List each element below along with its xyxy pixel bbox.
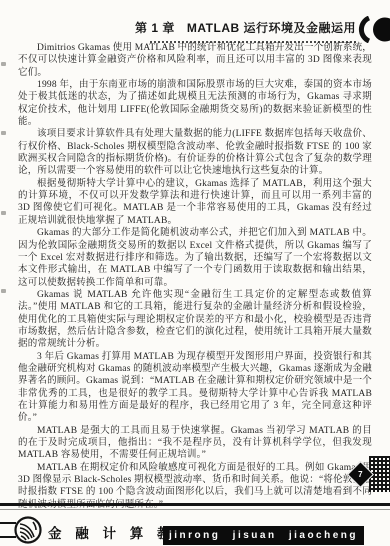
scan-artifact — [1, 131, 6, 135]
series-pinyin: jinrong jisuan jiaocheng — [163, 526, 364, 545]
scan-artifact — [1, 62, 6, 66]
footer-rule-thick — [0, 503, 390, 506]
paragraph-5: Gkamas 的大部分工作是简化随机波动率公式，并把它们加入到 MATLAB 中… — [18, 227, 372, 289]
series-logo-icon — [0, 514, 46, 546]
chapter-name: MATLAB 运行环境及金融运用 — [187, 21, 356, 35]
body-text: Dimitrios Gkamas 使用 MATLAB 中的统计和优化工具箱开发出… — [18, 42, 372, 511]
footer-rule-thin — [0, 509, 390, 510]
paragraph-4: 根据曼彻斯特大学计算中心的建议，Gkamas 选择了 MATLAB，利用这个强大… — [18, 178, 372, 227]
chapter-header: 第 1 章MATLAB 运行环境及金融运用 — [135, 19, 356, 43]
page-number: 7 — [358, 470, 362, 479]
scan-artifact — [1, 289, 6, 293]
paragraph-1: Dimitrios Gkamas 使用 MATLAB 中的统计和优化工具箱开发出… — [18, 42, 372, 79]
book-page: 第 1 章MATLAB 运行环境及金融运用 Dimitrios Gkamas 使… — [0, 0, 390, 546]
paragraph-6: Gkamas 说 MATLAB 允许他实现“金融衍生工具定价的定解型态或数值算法… — [18, 289, 372, 351]
scan-artifact — [1, 211, 6, 215]
paragraph-7: 3 年后 Gkamas 打算用 MATLAB 为现存模型开发图形用户界面，投资银… — [18, 351, 372, 425]
page-number-marker: 7 — [348, 456, 390, 492]
paragraph-8: MATLAB 是强大的工具而且易于快速掌握。Gkamas 当初学习 MATLAB… — [18, 425, 372, 462]
paragraph-3: 该项目要求计算软件具有处理大量数据的能力(LIFFE 数据库包括每天收盘价、行权… — [18, 128, 372, 177]
chapter-title: 第 1 章MATLAB 运行环境及金融运用 — [135, 19, 356, 36]
paragraph-2: 1998 年，由于东南亚市场的崩溃和国际股票市场的巨大灾难，泰国的资本市场处于极… — [18, 79, 372, 128]
chapter-number: 第 1 章 — [135, 21, 175, 35]
chapter-crescent-icon — [354, 16, 390, 43]
